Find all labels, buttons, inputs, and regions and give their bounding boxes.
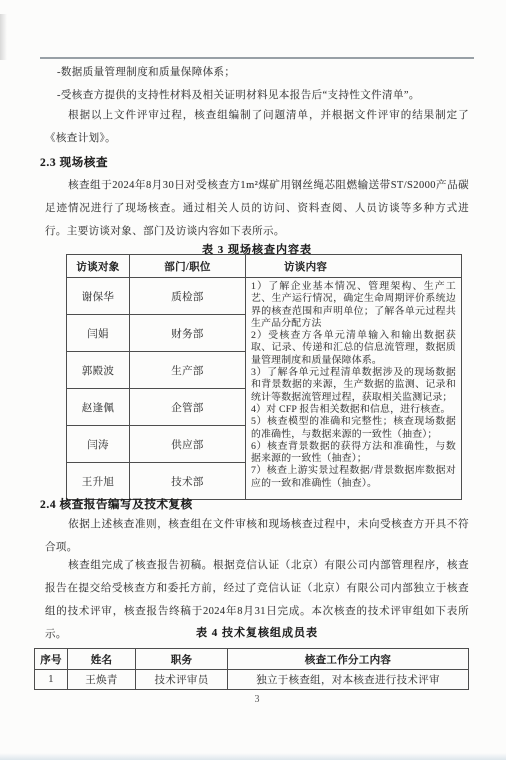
interviewee-dept: 质检部 — [130, 278, 246, 315]
col-header-no: 序号 — [35, 649, 68, 670]
interviewee-dept: 供应部 — [130, 426, 246, 463]
interviewee-dept: 技术部 — [130, 463, 246, 500]
interview-content-item: 4）对 CFP 报告相关数据和信息，进行核查。 — [251, 404, 456, 416]
interview-content-item: 5）核查模型的准确和完整性；核查现场数据的准确性，与数据来源的一致性（抽查）； — [251, 416, 456, 441]
scan-artifact-bottom — [0, 753, 506, 760]
review-table-header-row: 序号 姓名 职务 核查工作分工内容 — [35, 649, 469, 670]
col-header-content: 访谈内容 — [246, 255, 462, 278]
section-heading-2-4: 2.4 核查报告编写及技术复核 — [40, 496, 193, 512]
technical-review-table: 序号 姓名 职务 核查工作分工内容 1 王焕青 技术评审员 独立于核查组，对本核… — [34, 648, 469, 690]
interviewee-name: 谢保华 — [67, 278, 130, 315]
interviewee-dept: 生产部 — [130, 352, 246, 389]
interviewee-name: 闫涛 — [67, 426, 130, 463]
bullet-line-1: -数据质量管理制度和质量保障体系； — [57, 61, 235, 84]
interview-table-header-row: 访谈对象 部门/职位 访谈内容 — [67, 255, 462, 278]
table4-title: 表 4 技术复核组成员表 — [45, 624, 469, 640]
col-header-duty: 核查工作分工内容 — [228, 649, 469, 670]
col-header-department: 部门/职位 — [130, 255, 246, 278]
section-heading-2-3: 2.3 现场核查 — [40, 154, 108, 170]
interview-content-item: 6）核查背景数据的获得方法和准确性，与数据来源的一致性（抽查）； — [251, 441, 456, 466]
interview-content-cell: 1）了解企业基本情况、管理架构、生产工艺、生产运行情况，确定生命周期评价系统边界… — [246, 278, 462, 500]
paragraph-onsite-verification: 核查组于2024年8月30日对受核查方1m²煤矿用钢丝绳芯阻燃输送带ST/S20… — [45, 174, 469, 243]
col-header-role: 职务 — [136, 649, 228, 670]
interview-content-item: 3）了解各单元过程清单数据涉及的现场数据和背景数据的来源，生产数据的监测、记录和… — [251, 367, 456, 404]
paragraph-no-nonconformity: 依据上述核查准则，核查组在文件审核和现场核查过程中，未向受核查方开具不符合项。 — [45, 513, 469, 559]
interview-content-item: 7）核查上游实景过程数据/背景数据库数据对应的一致和准确性（抽查）。 — [251, 465, 456, 490]
scan-artifact-left — [0, 14, 7, 60]
interview-content-item: 1）了解企业基本情况、管理架构、生产工艺、生产运行情况，确定生命周期评价系统边界… — [251, 281, 456, 330]
reviewer-duty: 独立于核查组，对本核查进行技术评审 — [228, 670, 469, 690]
interviewee-dept: 财务部 — [130, 315, 246, 352]
interviewee-dept: 企管部 — [130, 389, 246, 426]
col-header-interviewee: 访谈对象 — [67, 255, 130, 278]
page-number: 3 — [45, 694, 469, 705]
paragraph-review-result: 根据以上文件评审过程，核查组编制了问题清单，并根据文件评审的结果制定了《核查计划… — [45, 104, 469, 150]
table-row: 谢保华 质检部 1）了解企业基本情况、管理架构、生产工艺、生产运行情况，确定生命… — [67, 278, 462, 315]
col-header-name: 姓名 — [68, 649, 136, 670]
interview-content-item: 2）受核查方各单元清单输入和输出数据获取、记录、传递和汇总的信息流管理，数据质量… — [251, 330, 456, 367]
table-row: 1 王焕青 技术评审员 独立于核查组，对本核查进行技术评审 — [35, 670, 469, 690]
interviewee-name: 王升旭 — [67, 463, 130, 500]
interview-table: 访谈对象 部门/职位 访谈内容 谢保华 质检部 1）了解企业基本情况、管理架构、… — [66, 254, 462, 500]
interviewee-name: 郭殿波 — [67, 352, 130, 389]
reviewer-name: 王焕青 — [68, 670, 136, 690]
reviewer-role: 技术评审员 — [136, 670, 228, 690]
interviewee-name: 赵逢佩 — [67, 389, 130, 426]
interviewee-name: 闫娟 — [67, 315, 130, 352]
reviewer-no: 1 — [35, 670, 68, 690]
header-rule — [40, 57, 474, 59]
document-page: -数据质量管理制度和质量保障体系； -受核查方提供的支持性材料及相关证明材料见本… — [0, 0, 506, 760]
